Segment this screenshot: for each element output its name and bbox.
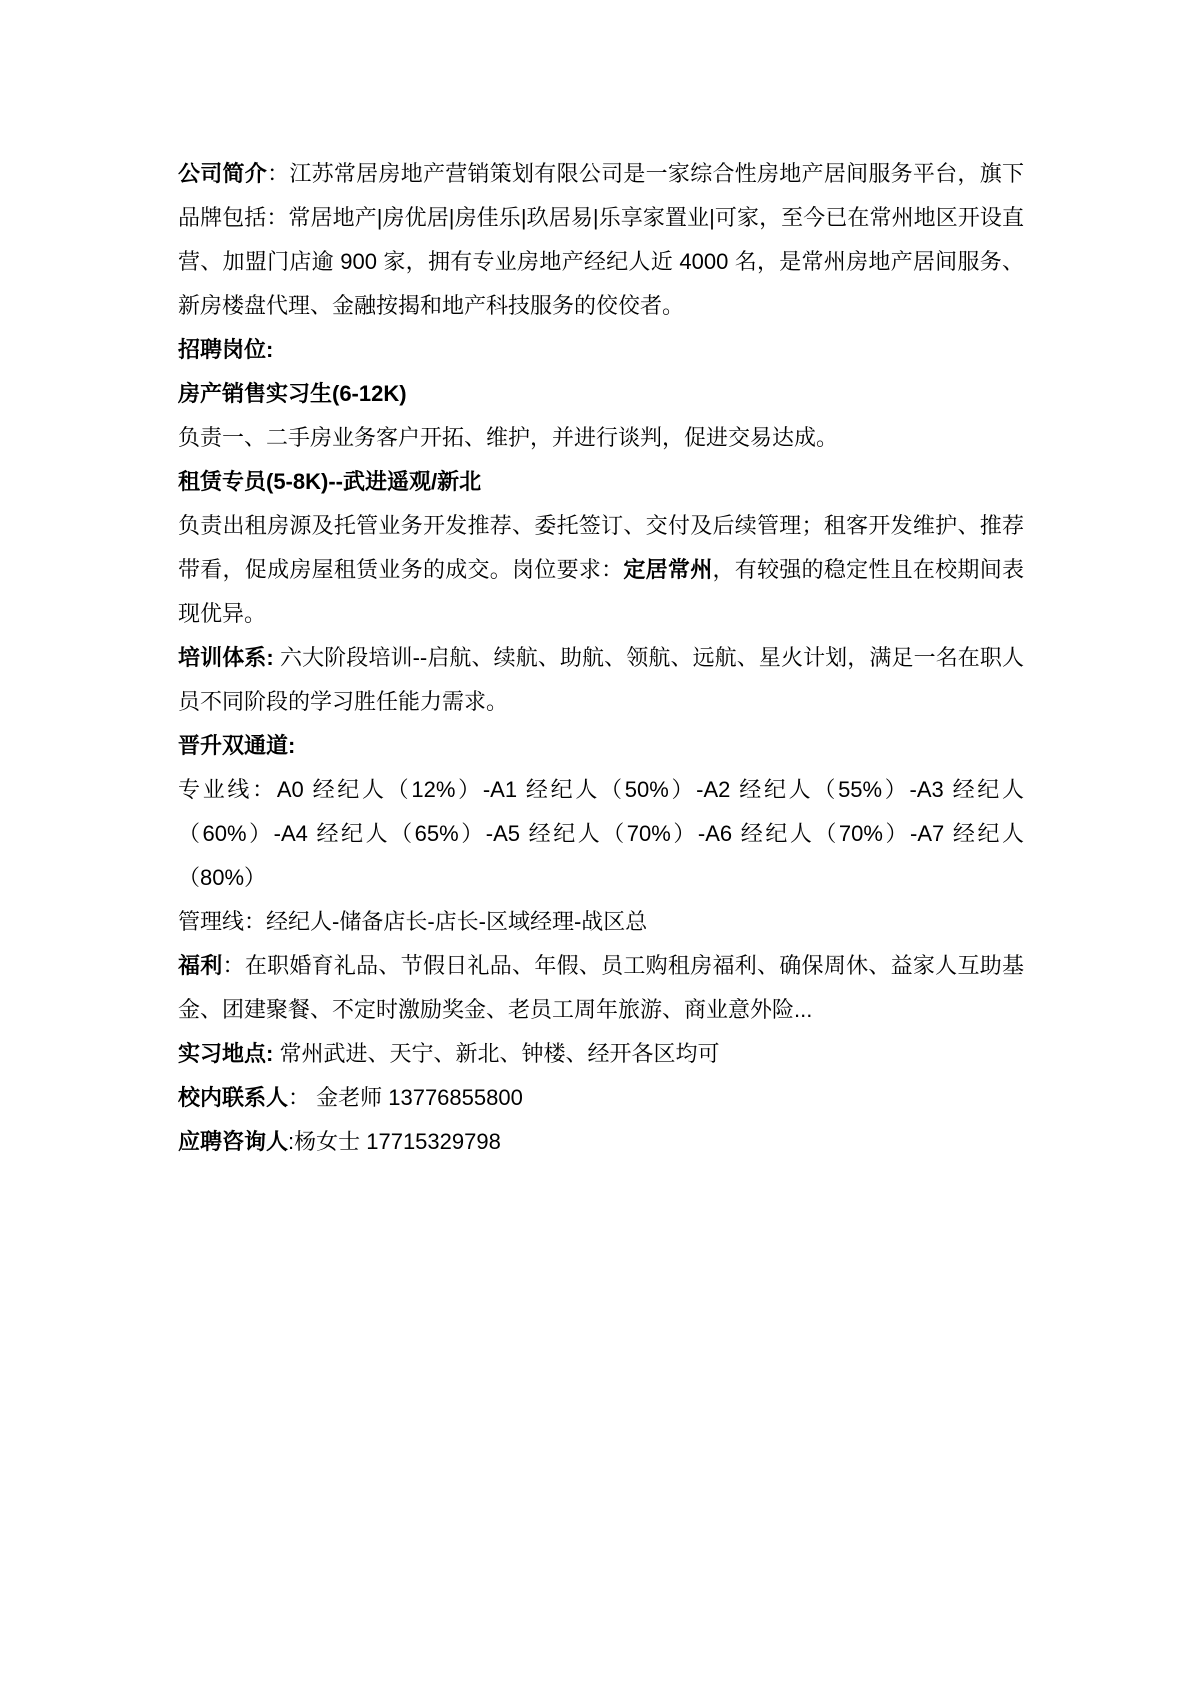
internship-location-text: 常州武进、天宁、新北、钟楼、经开各区均可 [273, 1041, 719, 1066]
paragraph-benefits: 福利：在职婚育礼品、节假日礼品、年假、员工购租房福利、确保周休、益家人互助基金、… [178, 944, 1024, 1032]
internship-location-label: 实习地点: [178, 1041, 273, 1066]
management-track-text: 管理线：经纪人-储备店长-店长-区域经理-战区总 [178, 909, 647, 934]
heading-sales-intern: 房产销售实习生(6-12K) [178, 372, 1024, 416]
heading-recruit-positions: 招聘岗位: [178, 328, 1024, 372]
training-system-text: 六大阶段培训--启航、续航、助航、领航、远航、星火计划，满足一名在职人员不同阶段… [178, 645, 1024, 714]
leasing-specialist-title: 租赁专员(5-8K)--武进遥观/新北 [178, 469, 481, 494]
school-contact-label: 校内联系人 [178, 1085, 288, 1110]
paragraph-internship-location: 实习地点: 常州武进、天宁、新北、钟楼、经开各区均可 [178, 1032, 1024, 1076]
benefits-label: 福利 [178, 953, 223, 978]
paragraph-professional-track: 专业线：A0 经纪人（12%）-A1 经纪人（50%）-A2 经纪人（55%）-… [178, 768, 1024, 900]
paragraph-training-system: 培训体系: 六大阶段培训--启航、续航、助航、领航、远航、星火计划，满足一名在职… [178, 636, 1024, 724]
paragraph-school-contact: 校内联系人： 金老师 13776855800 [178, 1076, 1024, 1120]
paragraph-sales-intern-duty: 负责一、二手房业务客户开拓、维护，并进行谈判，促进交易达成。 [178, 416, 1024, 460]
paragraph-company-intro: 公司简介：江苏常居房地产营销策划有限公司是一家综合性房地产居间服务平台，旗下品牌… [178, 152, 1024, 328]
company-intro-label: 公司简介 [178, 161, 267, 186]
application-contact-text: :杨女士 17715329798 [288, 1129, 501, 1154]
paragraph-application-contact: 应聘咨询人:杨女士 17715329798 [178, 1120, 1024, 1164]
heading-leasing-specialist: 租赁专员(5-8K)--武进遥观/新北 [178, 460, 1024, 504]
leasing-requirement-emphasis: 定居常州 [623, 557, 712, 582]
paragraph-management-track: 管理线：经纪人-储备店长-店长-区域经理-战区总 [178, 900, 1024, 944]
benefits-text: ：在职婚育礼品、节假日礼品、年假、员工购租房福利、确保周休、益家人互助基金、团建… [178, 953, 1024, 1022]
training-system-label: 培训体系: [178, 645, 274, 670]
sales-intern-title: 房产销售实习生(6-12K) [178, 381, 407, 406]
document-page: 公司简介：江苏常居房地产营销策划有限公司是一家综合性房地产居间服务平台，旗下品牌… [0, 0, 1191, 1684]
application-contact-label: 应聘咨询人 [178, 1129, 288, 1154]
paragraph-leasing-specialist-duty: 负责出租房源及托管业务开发推荐、委托签订、交付及后续管理；租客开发维护、推荐带看… [178, 504, 1024, 636]
promotion-channels-label: 晋升双通道: [178, 733, 295, 758]
sales-intern-duty-text: 负责一、二手房业务客户开拓、维护，并进行谈判，促进交易达成。 [178, 425, 838, 450]
recruit-positions-label: 招聘岗位: [178, 337, 273, 362]
company-intro-text: ：江苏常居房地产营销策划有限公司是一家综合性房地产居间服务平台，旗下品牌包括：常… [178, 161, 1024, 318]
heading-promotion-channels: 晋升双通道: [178, 724, 1024, 768]
professional-track-text: 专业线：A0 经纪人（12%）-A1 经纪人（50%）-A2 经纪人（55%）-… [178, 777, 1024, 890]
school-contact-text: ： 金老师 13776855800 [288, 1085, 523, 1110]
